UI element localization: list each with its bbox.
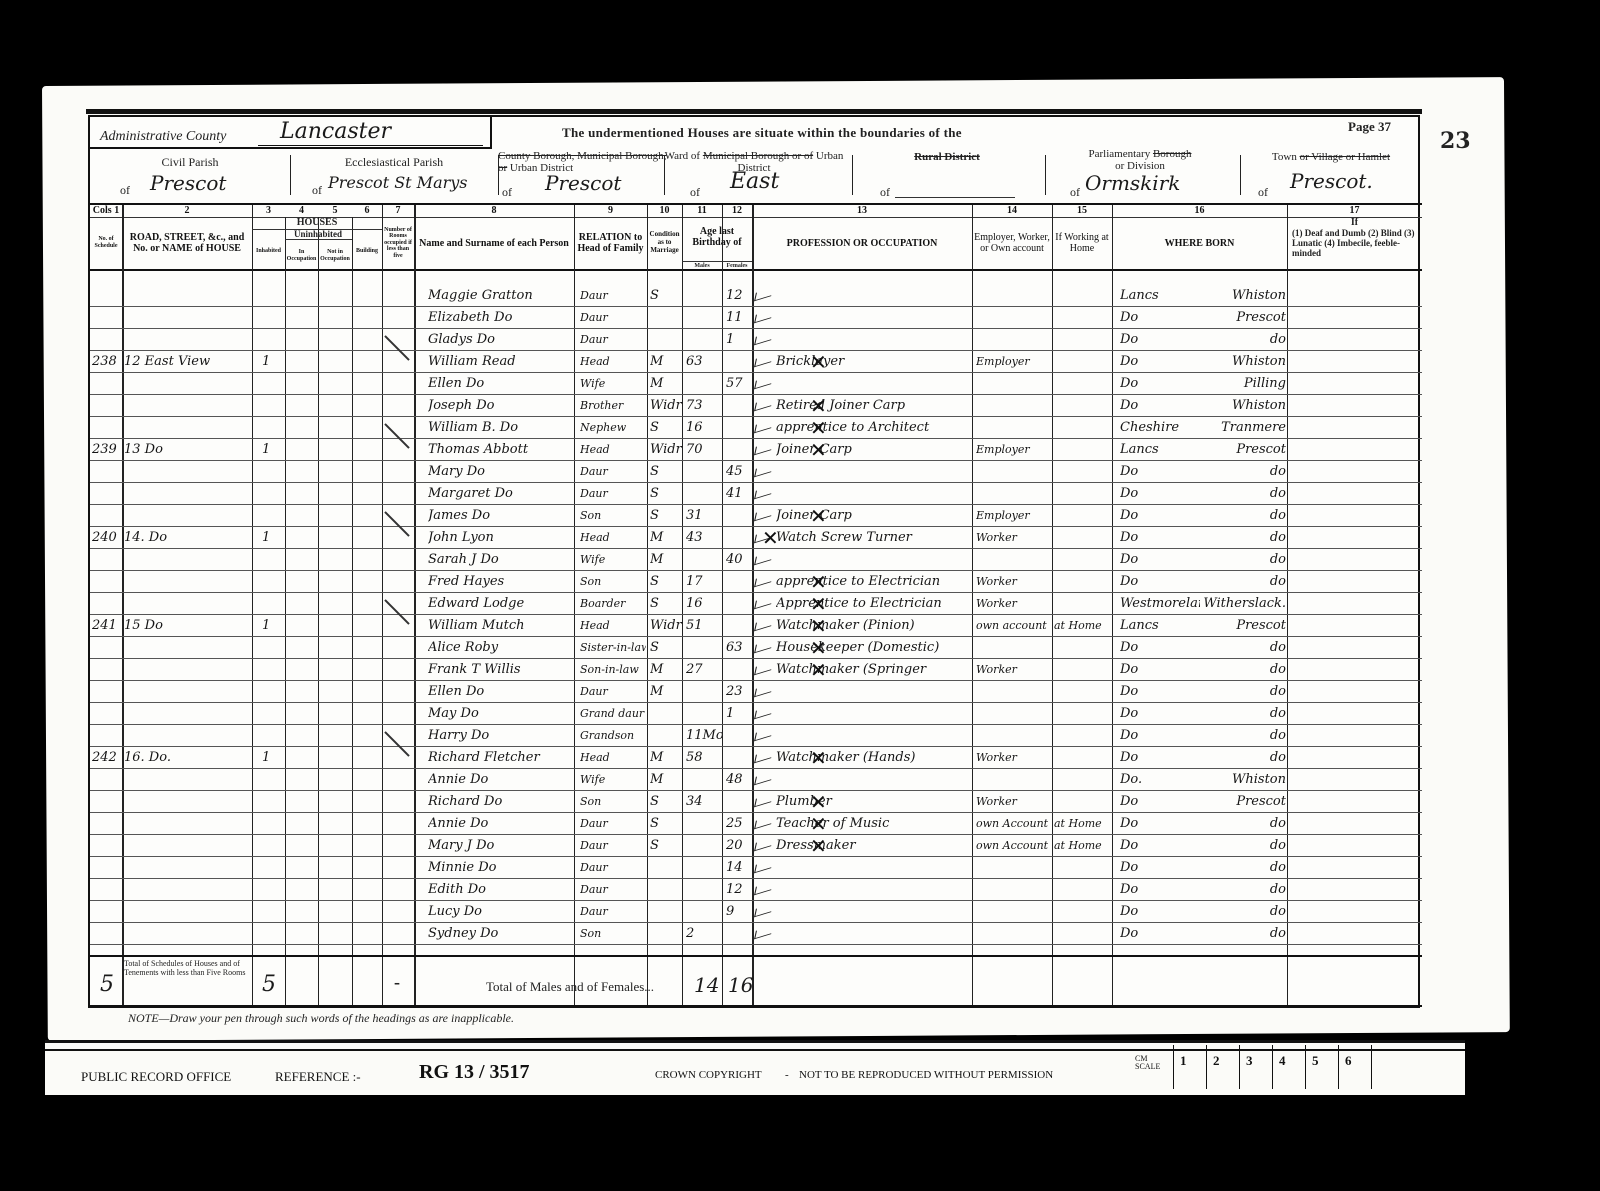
- address: [124, 791, 250, 813]
- occupation: [776, 857, 972, 879]
- table-row: Maggie GrattonDaurS12LancsWhiston: [90, 285, 1422, 307]
- person-name: William Mutch: [428, 615, 574, 637]
- column-number: 11: [682, 205, 722, 216]
- age-female: 40: [726, 549, 752, 571]
- age-male: 16: [686, 417, 722, 439]
- schedule-number: [92, 505, 122, 527]
- person-name: Maggie Gratton: [428, 285, 574, 307]
- age-male: 27: [686, 659, 722, 681]
- employment-status: [976, 923, 1052, 945]
- marital-condition: S: [650, 835, 684, 857]
- schedule-number: [92, 395, 122, 417]
- relation: Son-in-law: [580, 659, 646, 681]
- inhabited-count: [262, 483, 282, 505]
- birth-place: do: [1200, 329, 1286, 351]
- age-male: [686, 857, 722, 879]
- employment-status: [976, 857, 1052, 879]
- schedule-number: [92, 835, 122, 857]
- birth-county: Do: [1120, 307, 1200, 329]
- birth-place: Prescot: [1200, 307, 1286, 329]
- administrative-county-label: Administrative County: [100, 129, 226, 145]
- boundaries-row: Civil Parish of Prescot Ecclesiastical P…: [90, 149, 1422, 201]
- check-mark-icon: [754, 706, 773, 720]
- person-name: Annie Do: [428, 769, 574, 791]
- occupation: [776, 923, 972, 945]
- check-mark-icon: [754, 288, 773, 302]
- birth-place: do: [1200, 813, 1286, 835]
- birth-county: Do: [1120, 835, 1200, 857]
- address: [124, 395, 250, 417]
- birth-county: Do: [1120, 461, 1200, 483]
- schedule-number: [92, 417, 122, 439]
- working-at-home: [1054, 285, 1112, 307]
- address: 14. Do: [124, 527, 250, 549]
- inhabited-count: [262, 505, 282, 527]
- working-at-home: [1054, 417, 1112, 439]
- archive-office: PUBLIC RECORD OFFICE: [81, 1069, 231, 1085]
- permission-text: NOT TO BE REPRODUCED WITHOUT PERMISSION: [799, 1069, 1053, 1081]
- archive-footer: PUBLIC RECORD OFFICE REFERENCE :- RG 13 …: [45, 1040, 1465, 1095]
- working-at-home: at Home: [1054, 615, 1112, 637]
- address: [124, 461, 250, 483]
- birth-place: do: [1200, 703, 1286, 725]
- schedule-number: [92, 703, 122, 725]
- employment-status: Worker: [976, 791, 1052, 813]
- check-mark-icon: [754, 618, 773, 632]
- address: [124, 329, 250, 351]
- schedule-number: [92, 593, 122, 615]
- employment-status: Worker: [976, 593, 1052, 615]
- schedule-number: 239: [92, 439, 122, 461]
- header-houses: HOUSES: [252, 217, 382, 228]
- working-at-home: [1054, 439, 1112, 461]
- birth-place: do: [1200, 571, 1286, 593]
- age-male: [686, 703, 722, 725]
- cm-scale: 123456: [1173, 1045, 1451, 1089]
- address: [124, 681, 250, 703]
- marital-condition: S: [650, 461, 684, 483]
- marital-condition: S: [650, 571, 684, 593]
- person-name: Edward Lodge: [428, 593, 574, 615]
- birth-county: Lancs: [1120, 615, 1200, 637]
- table-row: Joseph DoBrotherWidr73Retired Joiner Car…: [90, 395, 1422, 417]
- age-female: 1: [726, 703, 752, 725]
- occupation: Joiner Carp: [776, 439, 972, 461]
- age-male: [686, 285, 722, 307]
- birth-county: Cheshire: [1120, 417, 1200, 439]
- working-at-home: [1054, 307, 1112, 329]
- relation: Head: [580, 747, 646, 769]
- intro-text: The undermentioned Houses are situate wi…: [562, 125, 962, 141]
- relation: Boarder: [580, 593, 646, 615]
- working-at-home: [1054, 505, 1112, 527]
- address: 15 Do: [124, 615, 250, 637]
- check-mark-icon: [754, 354, 773, 368]
- header-infirmity-if: If: [1287, 217, 1422, 228]
- person-name: Ellen Do: [428, 373, 574, 395]
- header-in-occupation: In Occupation: [285, 241, 318, 271]
- relation: Head: [580, 615, 646, 637]
- birth-county: Do: [1120, 527, 1200, 549]
- check-mark-icon: [754, 332, 773, 346]
- relation: Daur: [580, 901, 646, 923]
- relation: Daur: [580, 483, 646, 505]
- cross-out-mark-icon: ✕: [810, 594, 827, 614]
- marital-condition: M: [650, 659, 684, 681]
- inhabited-count: [262, 923, 282, 945]
- schedule-number: [92, 549, 122, 571]
- cross-out-mark-icon: ✕: [810, 616, 827, 636]
- age-male: [686, 329, 722, 351]
- person-name: Ellen Do: [428, 681, 574, 703]
- birth-county: Do: [1120, 923, 1200, 945]
- person-name: Richard Fletcher: [428, 747, 574, 769]
- person-name: James Do: [428, 505, 574, 527]
- schedule-number: 238: [92, 351, 122, 373]
- scale-box: 2: [1206, 1045, 1239, 1089]
- relation: Wife: [580, 373, 646, 395]
- person-name: Elizabeth Do: [428, 307, 574, 329]
- table-row: Frank T WillisSon-in-lawM27Watchmaker (S…: [90, 659, 1422, 681]
- birth-county: Do: [1120, 725, 1200, 747]
- inhabited-count: [262, 769, 282, 791]
- working-at-home: [1054, 527, 1112, 549]
- marital-condition: S: [650, 483, 684, 505]
- scale-label: CMSCALE: [1135, 1055, 1160, 1071]
- schedule-number: [92, 637, 122, 659]
- person-name: Richard Do: [428, 791, 574, 813]
- marital-condition: [650, 923, 684, 945]
- civil-parish-label: Civil Parish: [90, 155, 290, 170]
- relation: Son: [580, 791, 646, 813]
- person-name: Minnie Do: [428, 857, 574, 879]
- employment-status: Employer: [976, 351, 1052, 373]
- schedule-number: 242: [92, 747, 122, 769]
- inhabited-count: [262, 373, 282, 395]
- marital-condition: Widr: [650, 439, 684, 461]
- cross-out-mark-icon: ✕: [810, 792, 827, 812]
- schedule-number: [92, 725, 122, 747]
- marital-condition: Widr: [650, 615, 684, 637]
- age-female: 12: [726, 285, 752, 307]
- relation: Head: [580, 527, 646, 549]
- occupation: Watchmaker (Hands): [776, 747, 972, 769]
- age-female: 1: [726, 329, 752, 351]
- working-at-home: [1054, 351, 1112, 373]
- employment-status: [976, 395, 1052, 417]
- relation: Son: [580, 505, 646, 527]
- age-female: [726, 395, 752, 417]
- table-row: Annie DoDaurS25Teacher of Musicown Accou…: [90, 813, 1422, 835]
- birth-place: do: [1200, 681, 1286, 703]
- person-name: Gladys Do: [428, 329, 574, 351]
- table-row: 23913 Do1Thomas AbbottHeadWidr70Joiner C…: [90, 439, 1422, 461]
- age-male: 16: [686, 593, 722, 615]
- age-male: 11Mo.: [686, 725, 722, 747]
- table-row: 24115 Do1William MutchHeadWidr51Watchmak…: [90, 615, 1422, 637]
- cross-out-mark-icon: ✕: [810, 440, 827, 460]
- birth-county: Do: [1120, 681, 1200, 703]
- employment-status: [976, 483, 1052, 505]
- birth-place: do: [1200, 505, 1286, 527]
- schedule-number: [92, 879, 122, 901]
- birth-place: do: [1200, 857, 1286, 879]
- header-building: Building: [352, 235, 382, 267]
- check-mark-icon: [754, 750, 773, 764]
- occupation: Watch Screw Turner: [776, 527, 972, 549]
- age-male: [686, 813, 722, 835]
- column-number: 10: [647, 205, 682, 216]
- occupation: [776, 879, 972, 901]
- occupation: [776, 329, 972, 351]
- age-female: [726, 439, 752, 461]
- header-condition: Condition as to Marriage: [647, 219, 682, 267]
- birth-county: Do: [1120, 549, 1200, 571]
- inhabited-count: [262, 637, 282, 659]
- birth-place: do: [1200, 659, 1286, 681]
- check-mark-icon: [754, 596, 773, 610]
- birth-place: Whiston: [1200, 769, 1286, 791]
- inhabited-count: [262, 285, 282, 307]
- check-mark-icon: [754, 486, 773, 500]
- table-row: Minnie DoDaur14Dodo: [90, 857, 1422, 879]
- check-mark-icon: [754, 882, 773, 896]
- schedule-number: [92, 659, 122, 681]
- occupation: apprentice to Architect: [776, 417, 972, 439]
- marital-condition: M: [650, 681, 684, 703]
- marital-condition: [650, 307, 684, 329]
- marital-condition: [650, 703, 684, 725]
- check-mark-icon: [754, 574, 773, 588]
- inhabited-count: 1: [262, 527, 282, 549]
- column-number: 12: [722, 205, 752, 216]
- copyright-text: CROWN COPYRIGHT: [655, 1069, 762, 1081]
- employment-status: [976, 417, 1052, 439]
- birth-county: Do: [1120, 571, 1200, 593]
- table-row: James DoSonS31Joiner CarpEmployerDodo✕: [90, 505, 1422, 527]
- working-at-home: [1054, 571, 1112, 593]
- inhabited-count: [262, 395, 282, 417]
- birth-place: Pilling: [1200, 373, 1286, 395]
- occupation: [776, 725, 972, 747]
- birth-place: Tranmere: [1200, 417, 1286, 439]
- inhabited-count: [262, 835, 282, 857]
- scale-box: 3: [1239, 1045, 1272, 1089]
- marital-condition: Widr: [650, 395, 684, 417]
- age-male: 73: [686, 395, 722, 417]
- age-male: 63: [686, 351, 722, 373]
- total-rooms: -: [394, 972, 400, 993]
- header-occupation: PROFESSION OR OCCUPATION: [752, 219, 972, 267]
- check-mark-icon: [754, 420, 773, 434]
- birth-county: Do: [1120, 703, 1200, 725]
- employment-status: Worker: [976, 571, 1052, 593]
- relation: Sister-in-law: [580, 637, 646, 659]
- employment-status: [976, 901, 1052, 923]
- birth-place: do: [1200, 901, 1286, 923]
- schedule-number: [92, 571, 122, 593]
- cross-out-mark-icon: ✕: [810, 418, 827, 438]
- relation: Head: [580, 351, 646, 373]
- marital-condition: S: [650, 637, 684, 659]
- check-mark-icon: [754, 794, 773, 808]
- address: 13 Do: [124, 439, 250, 461]
- birth-place: Whiston: [1200, 395, 1286, 417]
- occupation: [776, 373, 972, 395]
- address: [124, 637, 250, 659]
- employment-status: [976, 725, 1052, 747]
- inhabited-count: [262, 681, 282, 703]
- cross-out-mark-icon: ✕: [810, 506, 827, 526]
- administrative-county-value: Lancaster: [280, 119, 391, 144]
- check-mark-icon: [754, 838, 773, 852]
- birth-county: Do: [1120, 373, 1200, 395]
- relation: Son: [580, 571, 646, 593]
- table-row: Harry DoGrandson11Mo.Dodo: [90, 725, 1422, 747]
- address: [124, 769, 250, 791]
- employment-status: [976, 373, 1052, 395]
- employment-status: Worker: [976, 747, 1052, 769]
- marital-condition: S: [650, 813, 684, 835]
- inhabited-count: [262, 901, 282, 923]
- age-female: [726, 747, 752, 769]
- relation: Grand daur: [580, 703, 646, 725]
- column-number: 13: [752, 205, 972, 216]
- schedule-number: 240: [92, 527, 122, 549]
- inhabited-count: [262, 549, 282, 571]
- footnote: NOTE—Draw your pen through such words of…: [128, 1011, 514, 1026]
- administrative-county-box: Administrative County Lancaster: [90, 117, 492, 149]
- marital-condition: S: [650, 417, 684, 439]
- header-not-in-occupation: Not in Occupation: [318, 241, 352, 271]
- birth-place: do: [1200, 725, 1286, 747]
- address: [124, 703, 250, 725]
- marital-condition: [650, 725, 684, 747]
- person-name: Thomas Abbott: [428, 439, 574, 461]
- age-female: 63: [726, 637, 752, 659]
- occupation: Teacher of Music: [776, 813, 972, 835]
- working-at-home: [1054, 857, 1112, 879]
- age-male: 70: [686, 439, 722, 461]
- person-name: Sarah J Do: [428, 549, 574, 571]
- age-female: [726, 725, 752, 747]
- check-mark-icon: [754, 464, 773, 478]
- age-male: 34: [686, 791, 722, 813]
- marital-condition: M: [650, 549, 684, 571]
- check-mark-icon: [754, 904, 773, 918]
- birth-place: do: [1200, 747, 1286, 769]
- cross-out-mark-icon: ✕: [810, 814, 827, 834]
- address: [124, 549, 250, 571]
- age-female: 20: [726, 835, 752, 857]
- scale-box: 6: [1338, 1045, 1371, 1089]
- table-row: 23812 East View1William ReadHeadM63Brick…: [90, 351, 1422, 373]
- scale-box: 1: [1173, 1045, 1206, 1089]
- person-name: Fred Hayes: [428, 571, 574, 593]
- birth-county: Lancs: [1120, 439, 1200, 461]
- age-female: [726, 527, 752, 549]
- occupation: Dressmaker: [776, 835, 972, 857]
- birth-county: Do: [1120, 351, 1200, 373]
- birth-county: Do: [1120, 879, 1200, 901]
- inhabited-count: 1: [262, 439, 282, 461]
- inhabited-count: 1: [262, 615, 282, 637]
- inhabited-count: [262, 417, 282, 439]
- marital-condition: M: [650, 373, 684, 395]
- age-female: [726, 571, 752, 593]
- table-row: William B. DoNephewS16apprentice to Arch…: [90, 417, 1422, 439]
- schedule-number: 241: [92, 615, 122, 637]
- birth-county: Do: [1120, 857, 1200, 879]
- age-female: 14: [726, 857, 752, 879]
- working-at-home: [1054, 483, 1112, 505]
- working-at-home: [1054, 395, 1112, 417]
- birth-place: do: [1200, 549, 1286, 571]
- relation: Daur: [580, 307, 646, 329]
- employment-status: own account: [976, 615, 1052, 637]
- cross-out-mark-icon: ✕: [810, 660, 827, 680]
- age-male: [686, 901, 722, 923]
- check-mark-icon: [754, 508, 773, 522]
- address: [124, 505, 250, 527]
- occupation: apprentice to Electrician: [776, 571, 972, 593]
- column-number: Cols 1: [90, 205, 122, 216]
- check-mark-icon: [754, 442, 773, 456]
- birth-county: Do: [1120, 329, 1200, 351]
- inhabited-count: [262, 659, 282, 681]
- employment-status: [976, 285, 1052, 307]
- check-mark-icon: [754, 860, 773, 874]
- working-at-home: at Home: [1054, 813, 1112, 835]
- ecclesiastical-parish-value: Prescot St Marys: [328, 173, 468, 192]
- working-at-home: at Home: [1054, 835, 1112, 857]
- cross-out-mark-icon: ✕: [810, 352, 827, 372]
- working-at-home: [1054, 461, 1112, 483]
- birth-place: Whiston: [1200, 285, 1286, 307]
- working-at-home: [1054, 659, 1112, 681]
- column-number: 7: [382, 205, 414, 216]
- check-mark-icon: [754, 640, 773, 654]
- occupation: [776, 285, 972, 307]
- relation: Daur: [580, 285, 646, 307]
- birth-place: do: [1200, 879, 1286, 901]
- marital-condition: S: [650, 285, 684, 307]
- table-row: Alice RobySister-in-lawS63Housekeeper (D…: [90, 637, 1422, 659]
- occupation: [776, 901, 972, 923]
- working-at-home: [1054, 747, 1112, 769]
- marital-condition: S: [650, 593, 684, 615]
- marital-condition: M: [650, 747, 684, 769]
- birth-county: Westmoreland: [1120, 593, 1200, 615]
- occupation: Bricklayer: [776, 351, 972, 373]
- scale-box: 4: [1272, 1045, 1305, 1089]
- header-employment: Employer, Worker, or Own account: [972, 219, 1052, 267]
- working-at-home: [1054, 637, 1112, 659]
- inhabited-count: [262, 329, 282, 351]
- age-female: 23: [726, 681, 752, 703]
- age-male: [686, 549, 722, 571]
- ecclesiastical-parish-label: Ecclesiastical Parish: [290, 155, 498, 170]
- address: [124, 901, 250, 923]
- header-schedule: No. of Schedule: [90, 219, 122, 267]
- age-female: 12: [726, 879, 752, 901]
- table-row: May DoGrand daur1Dodo: [90, 703, 1422, 725]
- schedule-number: [92, 857, 122, 879]
- age-male: 58: [686, 747, 722, 769]
- page-label: Page 37: [1348, 119, 1391, 135]
- table-row: 24014. Do1John LyonHeadM43Watch Screw Tu…: [90, 527, 1422, 549]
- working-at-home: [1054, 901, 1112, 923]
